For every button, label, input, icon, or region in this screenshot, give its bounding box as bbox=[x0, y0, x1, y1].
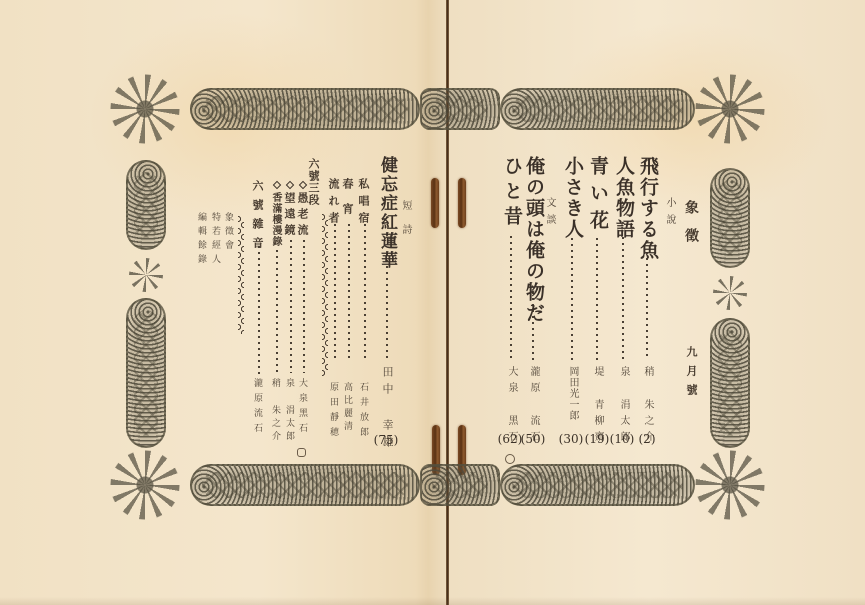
ornament-corner-bl bbox=[110, 450, 180, 520]
toc-title-1: 飛行する魚 bbox=[638, 156, 657, 261]
toc-page-7: (75) bbox=[374, 433, 399, 447]
ornament-bottom-center-bar bbox=[420, 464, 500, 506]
section-label-essays: 文談 bbox=[544, 197, 554, 231]
poem-author-2: 高比麗清 bbox=[342, 382, 351, 434]
rokugo-author-3: 稍 朱之介 bbox=[270, 378, 279, 444]
poem-author-3: 原田靜穂 bbox=[328, 382, 337, 442]
dot-leader bbox=[348, 222, 350, 360]
ornament-top-center-bar bbox=[420, 88, 500, 130]
rokugo-author-1: 大泉黑石 bbox=[297, 378, 306, 438]
toc-page-5: (50) bbox=[521, 432, 546, 446]
dot-leader bbox=[596, 236, 598, 360]
ornament-left-lower bbox=[126, 298, 166, 448]
section-label-rokugo-sandan: 六號三段 bbox=[308, 158, 319, 206]
ornament-bottom-right-bar bbox=[500, 464, 695, 506]
dot-leader bbox=[571, 236, 573, 360]
rokugo-author-2: 泉 涓太郎 bbox=[284, 378, 293, 444]
toc-page-2: (10) bbox=[610, 432, 635, 446]
poem-title-2: 春宵 bbox=[342, 178, 353, 228]
issue-label: 九月號 bbox=[686, 346, 697, 403]
rokugo-title-3: 香滿樓漫錄 bbox=[270, 192, 280, 247]
toc-title-6: ひと昔 bbox=[502, 156, 521, 231]
ornament-right-upper bbox=[710, 168, 750, 268]
toc-title-2: 人魚物語 bbox=[614, 156, 633, 240]
ornament-bottom-left-bar bbox=[190, 464, 420, 506]
dot-leader bbox=[290, 238, 292, 373]
ornament-corner-tl bbox=[110, 74, 180, 144]
note-3: 編輯餘錄 bbox=[196, 212, 205, 268]
dot-leader bbox=[646, 250, 648, 360]
dot-leader bbox=[532, 290, 534, 360]
page-edge bbox=[0, 597, 865, 605]
dot-leader bbox=[364, 222, 366, 360]
toc-page-6: (62) bbox=[498, 432, 523, 446]
ornament-corner-br bbox=[695, 450, 765, 520]
book-spread: 象徵 九月號 小說 飛行する魚 稍 朱之介 (2) 人魚物語 泉 涓太郎 (10… bbox=[0, 0, 865, 605]
rokugo-title-2: 望遠鏡 bbox=[284, 192, 295, 240]
ornament-right-lower bbox=[710, 318, 750, 448]
dot-leader bbox=[334, 222, 336, 360]
dot-leader bbox=[258, 244, 260, 374]
ornament-top-right-bar bbox=[500, 88, 695, 130]
toc-title-4: 小さき人 bbox=[563, 156, 582, 240]
magazine-title: 象徵 bbox=[684, 200, 698, 256]
toc-title-3: 青い花 bbox=[588, 156, 607, 237]
rokugo-author-4: 瀧原流石 bbox=[252, 378, 261, 438]
dot-leader bbox=[510, 234, 512, 360]
toc-page-1: (2) bbox=[639, 432, 656, 446]
ornamental-border bbox=[120, 88, 762, 528]
ornament-corner-tr bbox=[695, 74, 765, 144]
toc-page-3: (19) bbox=[585, 432, 610, 446]
wavy-separator-right bbox=[322, 214, 328, 376]
poem-author-1: 石井放郎 bbox=[358, 382, 367, 442]
dot-leader bbox=[276, 248, 278, 373]
ornament-left-upper bbox=[126, 160, 166, 250]
rokugo-title-1: 愚老流 bbox=[297, 192, 308, 240]
note-1: 象徵會 bbox=[223, 212, 232, 254]
wavy-separator-left bbox=[238, 216, 244, 334]
section-label-short-poems: 短詩 bbox=[400, 200, 410, 248]
dot-leader bbox=[386, 252, 388, 360]
toc-page-4: (30) bbox=[559, 432, 584, 446]
ornament-left-node bbox=[129, 258, 163, 292]
dot-leader bbox=[303, 238, 305, 373]
mark-symbol bbox=[297, 448, 306, 457]
section-label-novels: 小說 bbox=[664, 197, 674, 231]
dot-leader bbox=[622, 235, 624, 360]
ornament-right-node bbox=[713, 276, 747, 310]
circle-mark bbox=[505, 454, 515, 464]
ornament-top-left-bar bbox=[190, 88, 420, 130]
toc-author-4: 岡田光一郎 bbox=[567, 366, 577, 421]
note-2: 特若經人 bbox=[210, 212, 219, 268]
